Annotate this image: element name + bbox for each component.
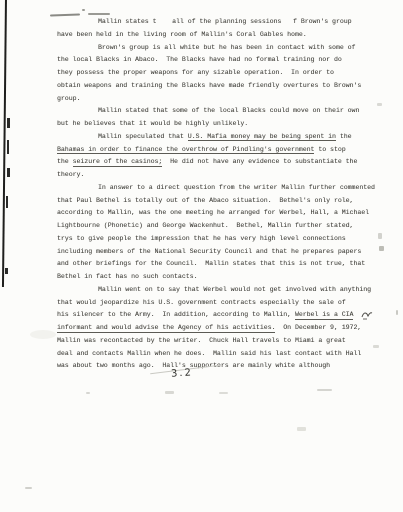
document-line: Lightbourne (Phonetic) and George Wacken…: [57, 220, 375, 233]
edge-marginalia-mark: [6, 196, 8, 208]
document-line: including members of the National Securi…: [57, 246, 375, 259]
text-segment: theory.: [57, 171, 84, 178]
scan-artifact: [396, 310, 398, 315]
text-segment: have been held in the living room of Mal…: [57, 31, 307, 38]
scan-artifact: [317, 389, 332, 391]
text-segment: He did not have any evidence to substant…: [162, 158, 357, 165]
text-segment: Brown's group is all white but he has be…: [98, 44, 355, 51]
document-line: that Paul Bethel is totally out of the A…: [57, 195, 375, 208]
text-segment: deal and contacts Mallin when he does. M…: [57, 350, 361, 357]
document-line: the seizure of the casinos; He did not h…: [57, 156, 375, 169]
text-segment: trys to give people the impression that …: [57, 235, 346, 242]
pen-dot-mark: [82, 9, 85, 11]
text-segment: that Paul Bethel is totally out of the A…: [57, 197, 353, 204]
scan-artifact: [30, 330, 56, 339]
text-segment: that would jeopardize his U.S. governmen…: [57, 299, 346, 306]
text-segment: Mallin states t all of the planning sess…: [98, 18, 352, 25]
text-segment: Mallin speculated that: [98, 133, 188, 140]
document-line: Mallin states t all of the planning sess…: [57, 16, 375, 29]
document-line: have been held in the living room of Mal…: [57, 29, 375, 42]
document-line: theory.: [57, 169, 375, 182]
scan-artifact: [377, 103, 382, 106]
document-line: Mallin speculated that U.S. Mafia money …: [57, 131, 375, 144]
text-segment: Mallin stated that some of the local Bla…: [98, 107, 359, 114]
text-segment: Mallin went on to say that Werbel would …: [98, 286, 371, 293]
edge-marginalia-mark: [7, 140, 9, 154]
document-line: trys to give people the impression that …: [57, 233, 375, 246]
underlined-text-segment: informant and would advise the Agency of…: [57, 324, 275, 333]
document-line: the local Blacks in Abaco. The Blacks ha…: [57, 54, 375, 67]
underlined-text-segment: Bahamas in order to finance the overthro…: [57, 146, 314, 155]
document-line: obtain weapons and training the Blacks h…: [57, 80, 375, 93]
handwritten-check-mark: [360, 308, 376, 327]
text-segment: according to Mallin, was the one meeting…: [57, 209, 369, 216]
scan-artifact: [378, 233, 382, 239]
text-segment: the local Blacks in Abaco. The Blacks ha…: [57, 56, 342, 63]
text-segment: Mallin was recontacted by the writer. Ch…: [57, 337, 346, 344]
document-line: and other briefings for the Council. Mal…: [57, 258, 375, 271]
document-line: informant and would advise the Agency of…: [57, 322, 375, 335]
text-segment: the: [336, 133, 352, 140]
underlined-text-segment: U.S. Mafia money may be being spent in: [188, 133, 336, 142]
edge-marginalia-mark: [7, 168, 10, 177]
document-line: was about two months ago. Hall's support…: [57, 360, 375, 373]
scanned-document-page: Mallin states t all of the planning sess…: [0, 0, 403, 512]
document-line: Mallin went on to say that Werbel would …: [57, 284, 375, 297]
scan-artifact: [165, 391, 174, 394]
text-segment: to stop: [314, 146, 345, 153]
document-line: Mallin was recontacted by the writer. Ch…: [57, 335, 375, 348]
scan-artifact: [373, 345, 379, 348]
scan-artifact: [25, 487, 32, 489]
document-line: they possess the proper weapons for any …: [57, 67, 375, 80]
text-segment: they possess the proper weapons for any …: [57, 69, 334, 76]
document-line: deal and contacts Mallin when he does. M…: [57, 348, 375, 361]
document-line: Mallin stated that some of the local Bla…: [57, 105, 375, 118]
document-line: Bahamas in order to finance the overthro…: [57, 144, 375, 157]
page-number: 3.2: [171, 367, 194, 380]
text-segment: In answer to a direct question from the …: [98, 184, 375, 191]
underlined-text-segment: seizure of the casinos;: [73, 158, 163, 167]
document-line: Brown's group is all white but he has be…: [57, 42, 375, 55]
edge-marginalia-mark: [7, 118, 10, 128]
pen-dash-mark: [88, 13, 110, 15]
text-segment: Bethel in fact has no such contacts.: [57, 273, 197, 280]
document-body: Mallin states t all of the planning sess…: [57, 16, 375, 373]
text-segment: but he believes that it would be highly …: [57, 120, 248, 127]
scan-artifact: [379, 246, 384, 251]
text-segment: the: [57, 158, 73, 165]
scan-artifact: [297, 427, 306, 431]
text-segment: his silencer to the Army. In addition, a…: [57, 311, 295, 318]
document-line: but he believes that it would be highly …: [57, 118, 375, 131]
edge-marginalia-mark: [5, 268, 8, 274]
document-line: Bethel in fact has no such contacts.: [57, 271, 375, 284]
document-line: In answer to a direct question from the …: [57, 182, 375, 195]
underlined-text-segment: Werbel is a CIA: [295, 311, 354, 320]
scan-artifact: [219, 392, 228, 394]
text-segment: group.: [57, 95, 80, 102]
document-line: that would jeopardize his U.S. governmen…: [57, 297, 375, 310]
document-line: according to Mallin, was the one meeting…: [57, 207, 375, 220]
scan-artifact: [86, 392, 90, 394]
document-line: group.: [57, 93, 375, 106]
document-line: his silencer to the Army. In addition, a…: [57, 309, 375, 322]
text-segment: Lightbourne (Phonetic) and George Wacken…: [57, 222, 353, 229]
text-segment: On December 9, 1972,: [275, 324, 361, 331]
text-segment: obtain weapons and training the Blacks h…: [57, 82, 361, 89]
text-segment: including members of the National Securi…: [57, 248, 361, 255]
text-segment: and other briefings for the Council. Mal…: [57, 260, 365, 267]
